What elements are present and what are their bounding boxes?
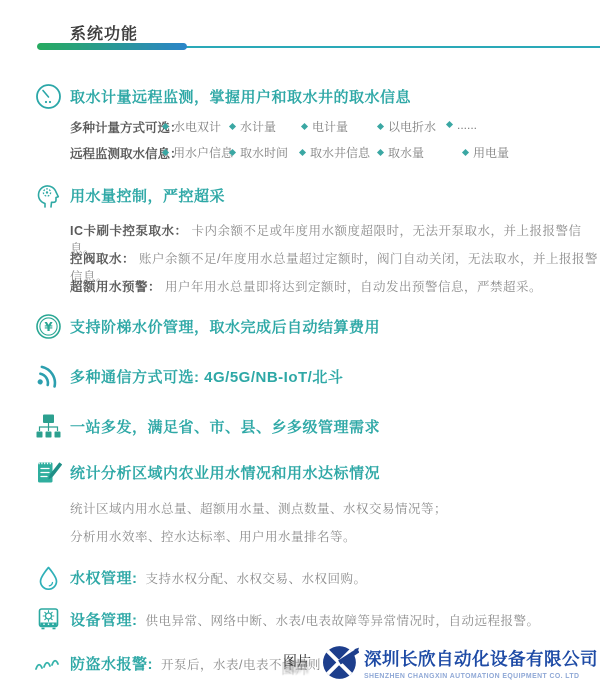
paragraph-label: IC卡刷卡控泵取水：: [70, 224, 188, 238]
section-label: 防盗水报警:: [70, 656, 153, 673]
section-communication-heading: 多种通信方式可选: 4G/5G/NB-IoT/北斗: [0, 366, 600, 387]
section-text: 支持水权分配、水权交易、水权回购。: [146, 572, 367, 586]
feature-item: 电计量: [302, 118, 348, 135]
statistics-paragraph: 统计区域内用水总量、超额用水量、测点数量、水权交易情况等；: [0, 499, 600, 517]
feature-item: 水电双计: [163, 118, 221, 135]
diamond-bullet-icon: [377, 149, 384, 156]
paragraph-text: 分析用水效率、控水达标率、用户用水量排名等。: [70, 530, 356, 544]
logo-mark-icon: [323, 640, 359, 685]
feature-item: 取水时间: [230, 144, 288, 161]
remote-monitoring-row: 远程监测取水信息： 用水户信息 取水时间 取水井信息 取水量 用电量: [0, 144, 600, 160]
diamond-bullet-icon: [162, 149, 169, 156]
anti-theft-waves-icon: [35, 655, 63, 683]
metering-methods-row: 多种计量方式可选： 水电双计 水计量 电计量 以电折水 ......: [0, 118, 600, 134]
report-analysis-icon: [35, 459, 63, 487]
page: 系统功能 取水计量远程监测，掌握用户和取水井的取水信息 多种计量方式可选： 水电…: [0, 0, 600, 685]
company-name-zh: 深圳长欣自动化设备有限公司: [364, 646, 598, 671]
section-metering-heading: 取水计量远程监测，掌握用户和取水井的取水信息: [0, 86, 600, 107]
feature-item: 取水量: [378, 144, 424, 161]
feature-item: 水计量: [230, 118, 276, 135]
yuan-coin-icon: ¥: [35, 313, 63, 341]
section-usage-control-heading: 用水量控制，严控超采: [0, 185, 600, 206]
company-name-en: SHENZHEN CHANGXIN AUTOMATION EQUIPMENT C…: [364, 673, 598, 680]
device-alarm-icon: [35, 606, 63, 634]
title-divider-pill: [37, 43, 187, 50]
title-divider-line: [170, 46, 600, 48]
section-title: 取水计量远程监测，掌握用户和取水井的取水信息: [70, 89, 411, 106]
diamond-bullet-icon: [229, 149, 236, 156]
section-statistics-heading: 统计分析区域内农业用水情况和用水达标情况: [0, 462, 600, 483]
paragraph-label: 控阀取水：: [70, 252, 135, 266]
diamond-bullet-icon: [299, 149, 306, 156]
statistics-paragraph: 分析用水效率、控水达标率、用户用水量排名等。: [0, 527, 600, 545]
water-drop-icon: [35, 564, 63, 592]
section-pricing-heading: ¥ 支持阶梯水价管理，取水完成后自动结算费用: [0, 316, 600, 337]
section-label: 水权管理:: [70, 570, 138, 587]
section-title: 多种通信方式可选: 4G/5G/NB-IoT/北斗: [70, 369, 343, 386]
diamond-bullet-icon: [301, 123, 308, 130]
diamond-bullet-icon: [162, 123, 169, 130]
network-hierarchy-icon: [35, 413, 63, 441]
feature-item: 以电折水: [378, 118, 436, 135]
company-logo: 深圳长欣自动化设备有限公司 SHENZHEN CHANGXIN AUTOMATI…: [323, 640, 598, 685]
water-meter-gauge-icon: [35, 83, 63, 111]
diamond-bullet-icon: [229, 123, 236, 130]
paragraph-label: 超额用水预警：: [70, 280, 161, 294]
head-gear-icon: [35, 182, 63, 210]
section-title: 用水量控制，严控超采: [70, 188, 225, 205]
page-title: 系统功能: [70, 21, 138, 44]
company-name-block: 深圳长欣自动化设备有限公司 SHENZHEN CHANGXIN AUTOMATI…: [364, 646, 598, 680]
feature-item: ......: [447, 118, 477, 132]
paragraph-text: 用户年用水总量即将达到定额时，自动发出预警信息，严禁超采。: [165, 280, 542, 294]
section-title: 一站多发，满足省、市、县、乡多级管理需求: [70, 419, 380, 436]
section-label: 设备管理:: [70, 612, 138, 629]
svg-text:¥: ¥: [44, 320, 53, 334]
diamond-bullet-icon: [462, 149, 469, 156]
section-text: 供电异常、网络中断、水表/电表故障等异常情况时，自动远程报警。: [146, 614, 540, 628]
feature-item: 用水户信息: [163, 144, 233, 161]
paragraph-text: 统计区域内用水总量、超额用水量、测点数量、水权交易情况等；: [70, 502, 447, 516]
section-water-rights: 水权管理:支持水权分配、水权交易、水权回购。: [0, 567, 600, 588]
section-multilevel-heading: 一站多发，满足省、市、县、乡多级管理需求: [0, 416, 600, 437]
section-title: 统计分析区域内农业用水情况和用水达标情况: [70, 465, 380, 482]
diamond-bullet-icon: [446, 121, 453, 128]
image-watermark: 图片: [283, 651, 311, 671]
feature-item: 取水井信息: [300, 144, 370, 161]
feature-item: 用电量: [463, 144, 509, 161]
section-title: 支持阶梯水价管理，取水完成后自动结算费用: [70, 319, 380, 336]
wireless-signal-icon: [35, 363, 63, 391]
usage-control-paragraph: 超额用水预警： 用户年用水总量即将达到定额时，自动发出预警信息，严禁超采。: [0, 277, 600, 295]
section-device-management: 设备管理:供电异常、网络中断、水表/电表故障等异常情况时，自动远程报警。: [0, 609, 600, 630]
diamond-bullet-icon: [377, 123, 384, 130]
